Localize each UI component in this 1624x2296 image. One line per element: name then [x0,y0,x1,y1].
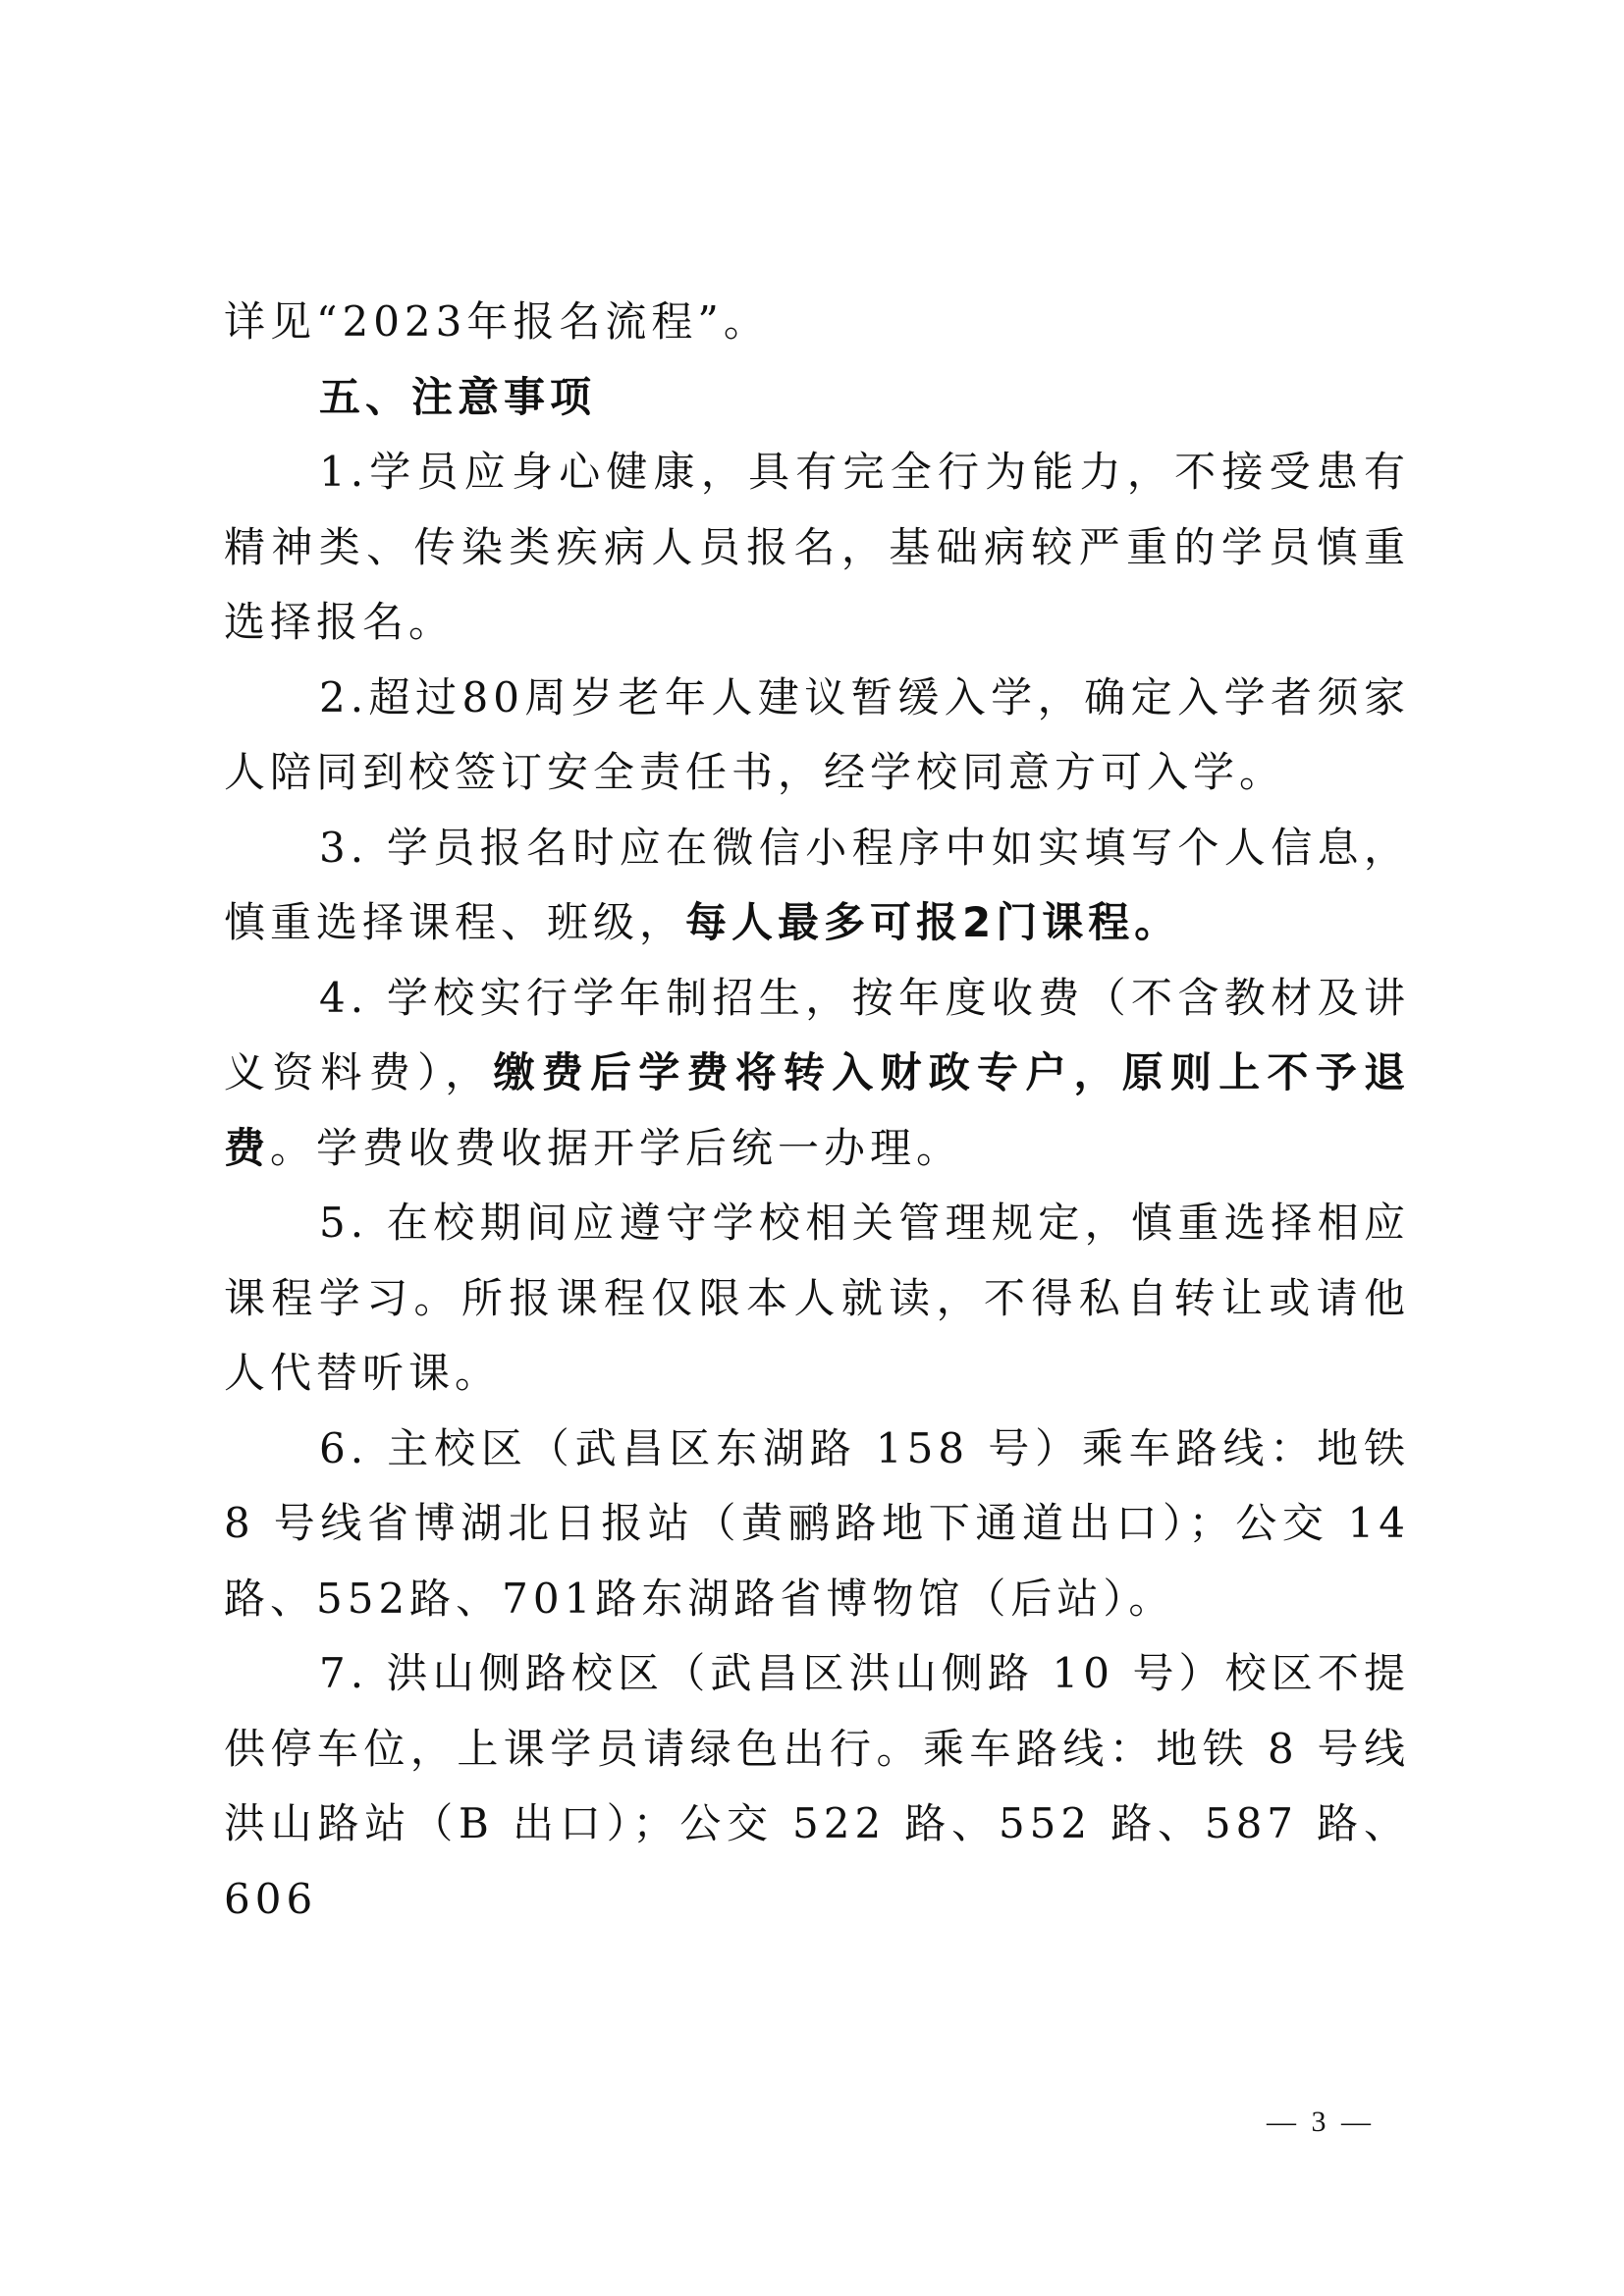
notice-item-4: 4. 学校实行学年制招生，按年度收费（不含教材及讲义资料费），缴费后学费将转入财… [224,961,1410,1187]
intro-line-text: 详见“2023年报名流程”。 [224,297,770,346]
item-number: 2. [319,673,368,721]
intro-line: 详见“2023年报名流程”。 [224,285,1410,360]
notice-item-5: 5. 在校期间应遵守学校相关管理规定，慎重选择相应课程学习。所报课程仅限本人就读… [224,1186,1410,1412]
item-number: 1. [319,448,368,496]
notice-item-7: 7. 洪山侧路校区（武昌区洪山侧路 10 号）校区不提供停车位，上课学员请绿色出… [224,1636,1410,1937]
document-page: 详见“2023年报名流程”。 五、注意事项 1.学员应身心健康，具有完全行为能力… [0,0,1624,2296]
item-number: 6. [319,1424,387,1472]
item-number: 7. [319,1649,387,1697]
item-number: 3. [319,824,387,872]
item-text: 学员应身心健康，具有完全行为能力，不接受患有精神类、传染类疾病人员报名，基础病较… [224,448,1410,646]
item-number: 4. [319,974,387,1022]
item-number: 5. [319,1199,387,1247]
item-text: 在校期间应遵守学校相关管理规定，慎重选择相应课程学习。所报课程仅限本人就读，不得… [224,1199,1410,1397]
page-number: — 3 — [1267,2106,1375,2139]
item-bold-text: 每人最多可报2门课程。 [685,898,1180,946]
item-text: 超过80周岁老年人建议暂缓入学，确定入学者须家人陪同到校签订安全责任书，经学校同… [224,673,1410,797]
notice-item-1: 1.学员应身心健康，具有完全行为能力，不接受患有精神类、传染类疾病人员报名，基础… [224,435,1410,661]
item-text: 洪山侧路校区（武昌区洪山侧路 10 号）校区不提供停车位，上课学员请绿色出行。乘… [224,1649,1410,1923]
notice-item-2: 2.超过80周岁老年人建议暂缓入学，确定入学者须家人陪同到校签订安全责任书，经学… [224,661,1410,811]
notice-item-3: 3. 学员报名时应在微信小程序中如实填写个人信息，慎重选择课程、班级，每人最多可… [224,811,1410,961]
section-heading: 五、注意事项 [224,360,1410,436]
document-body: 详见“2023年报名流程”。 五、注意事项 1.学员应身心健康，具有完全行为能力… [224,285,1410,1937]
item-text: 主校区（武昌区东湖路 158 号）乘车路线：地铁 8 号线省博湖北日报站（黄鹂路… [224,1424,1410,1623]
item-text-after: 。学费收费收据开学后统一办理。 [270,1124,962,1172]
notice-item-6: 6. 主校区（武昌区东湖路 158 号）乘车路线：地铁 8 号线省博湖北日报站（… [224,1412,1410,1637]
